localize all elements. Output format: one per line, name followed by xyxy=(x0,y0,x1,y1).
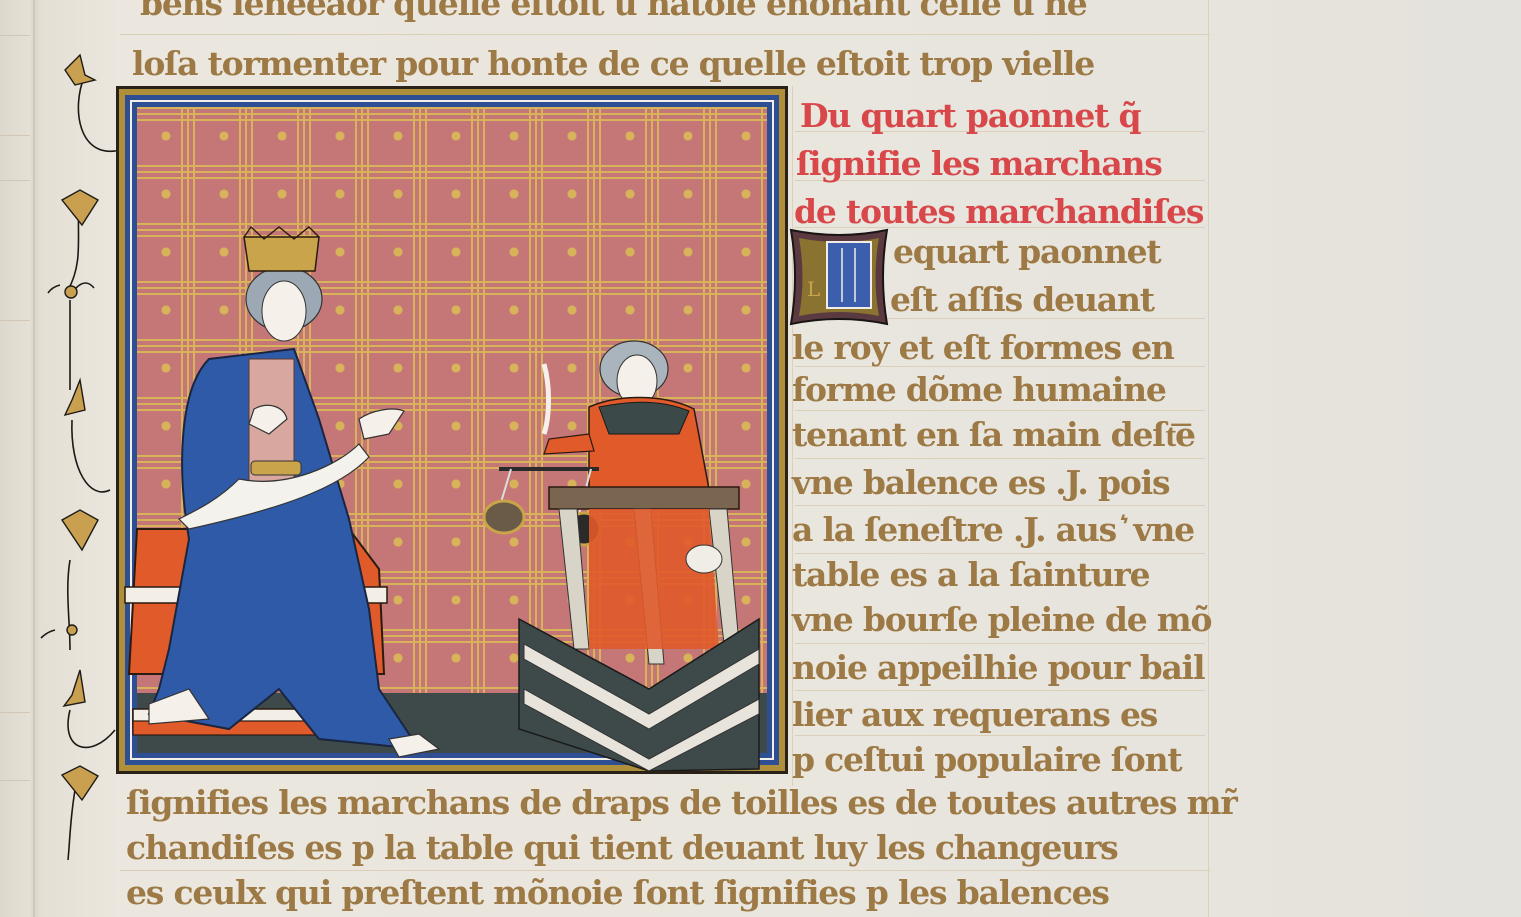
miniature-frame xyxy=(116,86,788,774)
text-line: bens leneeaor quelle eſtoit u hatoie eno… xyxy=(140,0,1087,23)
money-changer-figure xyxy=(544,341,709,499)
text-line: a la ſeneſtre .J. aus ͛ vne xyxy=(792,510,1194,550)
ruling-line xyxy=(795,410,1205,411)
text-line: chandiſes es p la table qui tient deuant… xyxy=(126,828,1118,867)
text-line: es ceulx qui preſtent mõnoie ſont ſignif… xyxy=(126,873,1109,912)
rubric-heading: Du quart paonnet q̃ xyxy=(800,96,1140,135)
manuscript-page: bens leneeaor quelle eſtoit u hatoie eno… xyxy=(0,0,1521,917)
ruling-line xyxy=(795,505,1205,506)
prev-page-ruling xyxy=(0,320,30,321)
text-line: vne balence es .J. pois xyxy=(792,463,1169,502)
text-line: loſa tormenter pour honte de ce quelle e… xyxy=(132,44,1094,83)
text-line: le roy et eſt formes en xyxy=(792,328,1174,367)
ruling-line xyxy=(795,735,1205,736)
prev-page-ruling xyxy=(0,712,30,713)
text-line: equart paonnet xyxy=(893,232,1160,271)
ruling-line xyxy=(120,870,1210,871)
text-line: vne bourſe pleine de mõ xyxy=(792,600,1211,639)
text-line: eſt aſſis deuant xyxy=(890,280,1154,319)
initial-letter: L xyxy=(807,277,820,301)
ruling-line xyxy=(120,34,1210,35)
gutter xyxy=(33,0,35,917)
ruling-line xyxy=(795,553,1205,554)
ruling-line xyxy=(795,690,1205,691)
prev-page-ruling xyxy=(0,135,30,136)
text-line: noie appeilhie pour bail xyxy=(792,648,1204,687)
king-figure xyxy=(149,227,439,757)
text-line: tenant en ſa main deſt͞e xyxy=(792,415,1195,455)
ruling-line xyxy=(795,458,1205,459)
text-line: ſignifies les marchans de draps de toill… xyxy=(126,783,1237,822)
ruling-line xyxy=(795,643,1205,644)
text-line: table es a la ſainture xyxy=(792,555,1149,594)
text-line: lier aux requerans es xyxy=(792,695,1157,734)
prev-page-ruling xyxy=(0,35,30,36)
rubric-heading: ſignifie les marchans xyxy=(796,144,1162,183)
counter xyxy=(519,487,759,771)
margin-rule xyxy=(1208,0,1209,917)
prev-page-ruling xyxy=(0,180,30,181)
miniature-illustration xyxy=(119,89,785,771)
text-line: p ceſtui populaire ſont xyxy=(792,740,1181,779)
prev-page-ruling xyxy=(0,780,30,781)
illuminated-initial: L xyxy=(787,226,891,328)
text-line: forme dõme humaine xyxy=(792,370,1166,409)
